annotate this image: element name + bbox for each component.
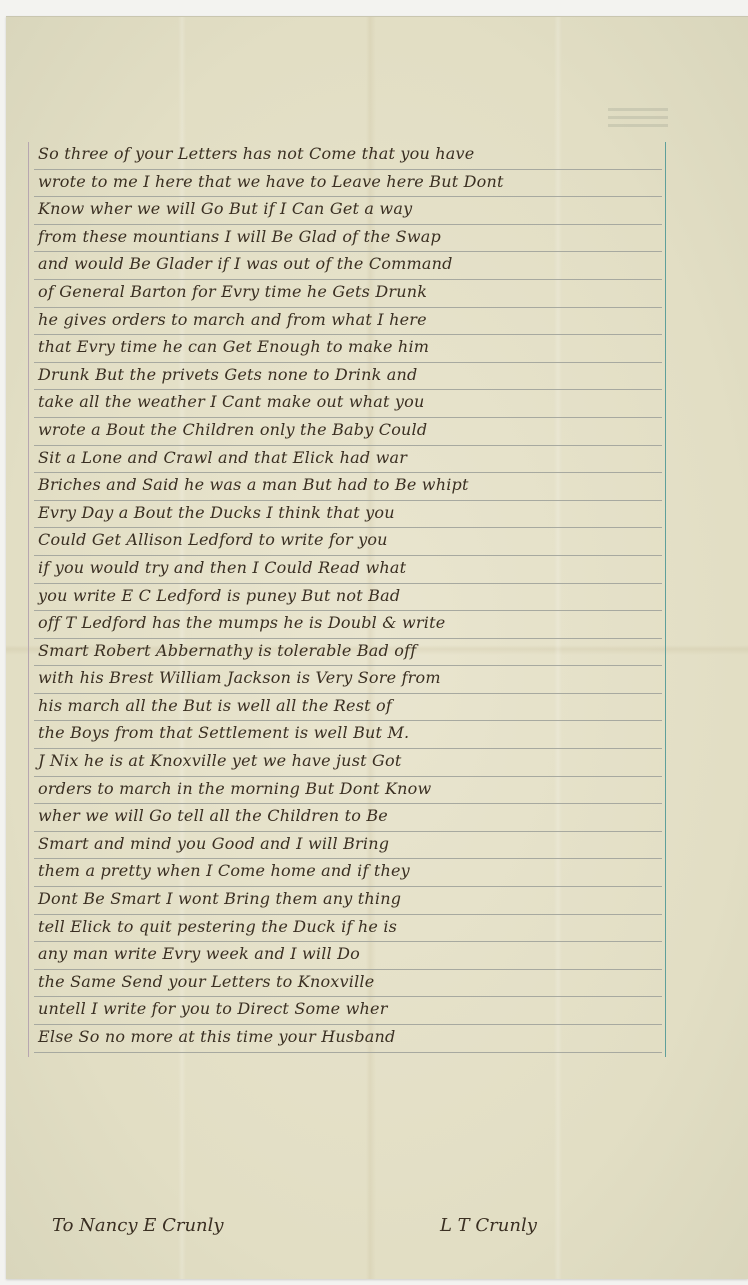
letter-line: orders to march in the morning But Dont … <box>34 777 662 805</box>
letter-line: Evry Day a Bout the Ducks I think that y… <box>34 501 662 529</box>
letter-line: from these mountians I will Be Glad of t… <box>34 225 662 253</box>
letter-line: the Boys from that Settlement is well Bu… <box>34 721 662 749</box>
letter-line: Briches and Said he was a man But had to… <box>34 473 662 501</box>
letter-line: you write E C Ledford is puney But not B… <box>34 584 662 612</box>
letter-line: and would Be Glader if I was out of the … <box>34 252 662 280</box>
letter-line: untell I write for you to Direct Some wh… <box>34 997 662 1025</box>
letter-line: off T Ledford has the mumps he is Doubl … <box>34 611 662 639</box>
letter-line: Else So no more at this time your Husban… <box>34 1025 662 1053</box>
letter-line: Smart and mind you Good and I will Bring <box>34 832 662 860</box>
letter-line: wher we will Go tell all the Children to… <box>34 804 662 832</box>
letter-line: wrote a Bout the Children only the Baby … <box>34 418 662 446</box>
letter-line: Could Get Allison Ledford to write for y… <box>34 528 662 556</box>
letter-line: take all the weather I Cant make out wha… <box>34 390 662 418</box>
stamp-line <box>608 116 668 119</box>
letter-line: So three of your Letters has not Come th… <box>34 142 662 170</box>
letter-line: with his Brest William Jackson is Very S… <box>34 666 662 694</box>
stamp-line <box>608 124 668 127</box>
letter-body: So three of your Letters has not Come th… <box>34 142 662 1053</box>
letter-line: them a pretty when I Come home and if th… <box>34 859 662 887</box>
letter-line: wrote to me I here that we have to Leave… <box>34 170 662 198</box>
letter-line: he gives orders to march and from what I… <box>34 308 662 336</box>
letter-line: Smart Robert Abbernathy is tolerable Bad… <box>34 639 662 667</box>
signature: L T Crunly <box>440 1215 537 1236</box>
stamp-line <box>608 108 668 111</box>
letter-line: tell Elick to quit pestering the Duck if… <box>34 915 662 943</box>
letter-line: J Nix he is at Knoxville yet we have jus… <box>34 749 662 777</box>
letter-line: of General Barton for Evry time he Gets … <box>34 280 662 308</box>
letter-line: if you would try and then I Could Read w… <box>34 556 662 584</box>
letter-line: that Evry time he can Get Enough to make… <box>34 335 662 363</box>
letter-line: any man write Evry week and I will Do <box>34 942 662 970</box>
letter-line: Sit a Lone and Crawl and that Elick had … <box>34 446 662 474</box>
letter-line: his march all the But is well all the Re… <box>34 694 662 722</box>
letter-line: Dont Be Smart I wont Bring them any thin… <box>34 887 662 915</box>
letter-line: Drunk But the privets Gets none to Drink… <box>34 363 662 391</box>
faded-stamp <box>608 103 678 137</box>
letter-line: the Same Send your Letters to Knoxville <box>34 970 662 998</box>
addressee: To Nancy E Crunly <box>52 1215 224 1236</box>
letter-line: Know wher we will Go But if I Can Get a … <box>34 197 662 225</box>
